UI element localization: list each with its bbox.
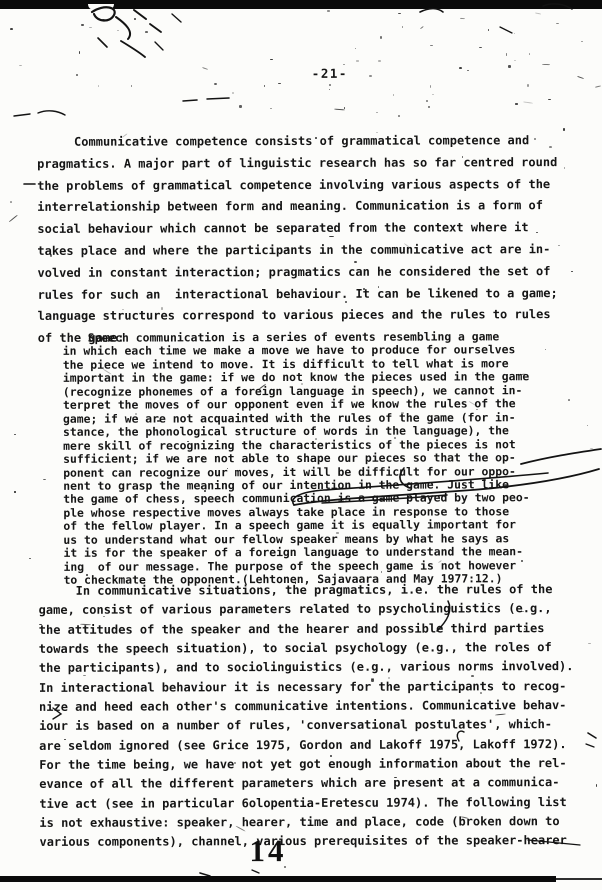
text-line: game, consist of various parameters rela… xyxy=(39,599,574,620)
text-line: takes place and where the participants i… xyxy=(37,239,557,263)
text-line: the participants), and to sociolinguisti… xyxy=(39,657,574,678)
text-line: nize and heed each other's communicative… xyxy=(39,696,574,717)
scanned-document-page: -21- Communicative competence consists o… xyxy=(0,0,602,890)
text-line: interrelationship between form and meani… xyxy=(37,195,557,219)
text-line: social behaviour which cannot be separat… xyxy=(37,217,557,241)
text-line: For the time being, we have not yet got … xyxy=(39,754,574,775)
text-line: the attitudes of the speaker and the hea… xyxy=(39,619,574,640)
text-line: tive act (see in particular 6olopentia-E… xyxy=(39,793,574,814)
text-line: towards the speech situation), to social… xyxy=(39,638,574,659)
page-content: -21- Communicative competence consists o… xyxy=(0,0,602,890)
text-line: iour is based on a number of rules, 'con… xyxy=(39,715,574,736)
text-line: various components), channel, various pr… xyxy=(39,832,574,853)
text-line: volved in constant interaction; pragmati… xyxy=(37,261,557,285)
scan-edge-bottom-line xyxy=(0,878,602,880)
text-line: In communicative situations, the pragmat… xyxy=(39,580,574,601)
text-line: the problems of grammatical competence i… xyxy=(37,174,557,198)
text-line: are seldom ignored (see Grice 1975, Gord… xyxy=(39,735,574,756)
text-line: evance of all the different parameters w… xyxy=(39,773,574,794)
paragraph-intro: Communicative competence consists of gra… xyxy=(37,130,558,350)
page-number-header: -21- xyxy=(312,66,348,81)
text-line: In interactional behaviour it is necessa… xyxy=(39,677,574,698)
text-line: language structures correspond to variou… xyxy=(38,304,558,328)
text-line: is not exhaustive: speaker, hearer, time… xyxy=(39,812,574,833)
blockquote-speech-game: Speech communication is a series of even… xyxy=(63,330,530,587)
text-line: rules for such an interactional behaviou… xyxy=(38,283,558,307)
page-number-footer: 14 xyxy=(249,833,286,869)
text-line: pragmatics. A major part of linguistic r… xyxy=(37,152,557,176)
text-line: Communicative competence consists of gra… xyxy=(37,130,557,154)
paragraph-pragmatics: In communicative situations, the pragmat… xyxy=(39,580,575,853)
